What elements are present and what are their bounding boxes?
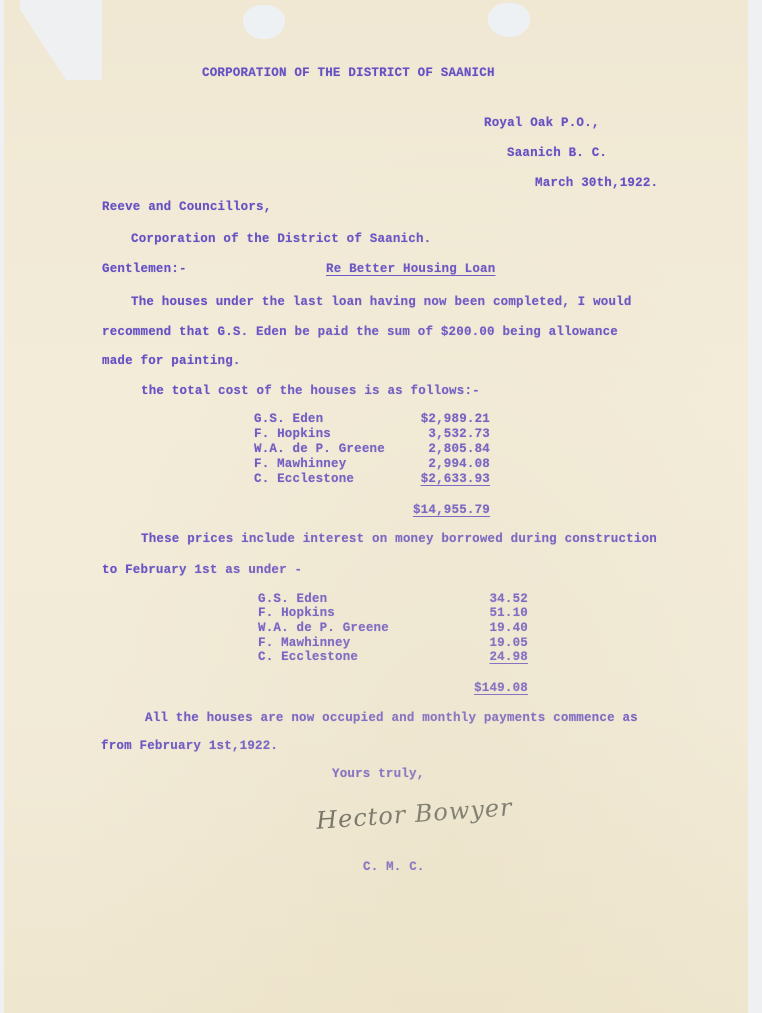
body-paragraph-1-line-1: The houses under the last loan having no… <box>131 295 632 309</box>
interest-row-amount: 19.40 <box>438 621 528 635</box>
cost-row-name: W.A. de P. Greene <box>254 442 385 456</box>
interest-row-name: W.A. de P. Greene <box>258 621 389 635</box>
body-paragraph-3-line-1: These prices include interest on money b… <box>141 532 657 546</box>
cost-row-name: F. Hopkins <box>254 427 331 441</box>
interest-row-name: F. Mawhinney <box>258 636 350 650</box>
recipient-line-1: Reeve and Councillors, <box>102 200 271 214</box>
address-line-1: Royal Oak P.O., <box>484 116 600 130</box>
punch-hole <box>488 3 530 37</box>
body-paragraph-2: the total cost of the houses is as follo… <box>141 384 480 398</box>
cost-row-amount: 2,805.84 <box>400 442 490 456</box>
torn-corner <box>20 0 102 80</box>
interest-row-name: C. Ecclestone <box>258 650 358 664</box>
cost-row-amount: 2,994.08 <box>400 457 490 471</box>
subject-line: Re Better Housing Loan <box>326 262 495 276</box>
body-paragraph-1-line-2: recommend that G.S. Eden be paid the sum… <box>102 325 618 339</box>
cost-row-amount: $2,989.21 <box>400 412 490 426</box>
interest-row-amount: 34.52 <box>438 592 528 606</box>
interest-row-amount: 24.98 <box>438 650 528 664</box>
cost-row-name: F. Mawhinney <box>254 457 346 471</box>
salutation: Gentlemen:- <box>102 262 187 276</box>
cost-row-name: G.S. Eden <box>254 412 323 426</box>
interest-row-amount: 19.05 <box>438 636 528 650</box>
letter-page: CORPORATION OF THE DISTRICT OF SAANICH R… <box>4 0 748 1013</box>
punch-hole <box>243 5 285 39</box>
interest-total: $149.08 <box>438 681 528 695</box>
handwritten-signature: Hector Bowyer <box>315 793 513 835</box>
body-paragraph-4-line-1: All the houses are now occupied and mont… <box>145 711 638 725</box>
body-paragraph-4-line-2: from February 1st,1922. <box>101 739 278 753</box>
cost-total: $14,955.79 <box>400 503 490 517</box>
letterhead-title: CORPORATION OF THE DISTRICT OF SAANICH <box>202 66 495 80</box>
interest-row-amount: 51.10 <box>438 606 528 620</box>
cost-row-name: C. Ecclestone <box>254 472 354 486</box>
body-paragraph-3-line-2: to February 1st as under - <box>102 563 302 577</box>
closing: Yours truly, <box>332 767 424 781</box>
signer-title: C. M. C. <box>363 860 425 874</box>
address-line-2: Saanich B. C. <box>507 146 607 160</box>
interest-row-name: F. Hopkins <box>258 606 335 620</box>
interest-row-name: G.S. Eden <box>258 592 327 606</box>
letter-date: March 30th,1922. <box>535 176 658 190</box>
cost-row-amount: 3,532.73 <box>400 427 490 441</box>
body-paragraph-1-line-3: made for painting. <box>102 354 241 368</box>
cost-row-amount: $2,633.93 <box>400 472 490 486</box>
recipient-line-2: Corporation of the District of Saanich. <box>131 232 431 246</box>
